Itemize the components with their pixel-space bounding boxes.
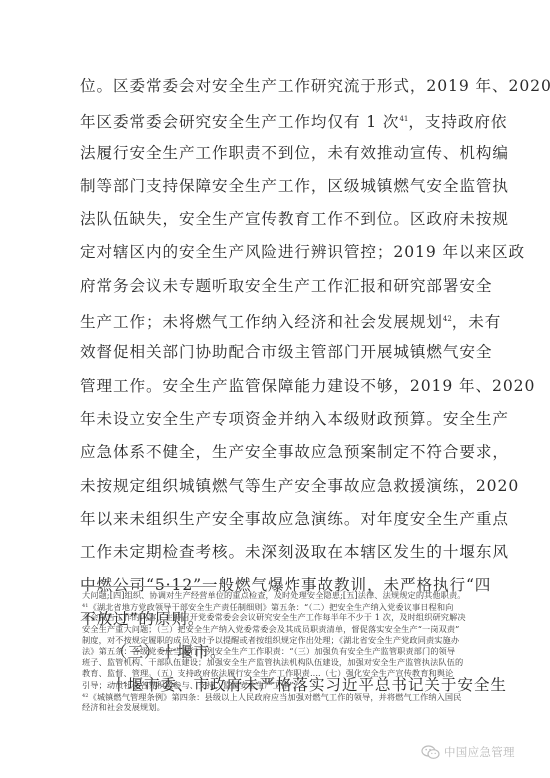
footnote-text: 《城镇燃气管理条例》第四条：县级以上人民政府应当加强对燃气工作的领导，并将燃气工… [89, 692, 462, 702]
body-line-text: 年区委常委会研究安全生产工作均仅有 1 次 [80, 113, 399, 131]
body-line: 法队伍缺失，安全生产宣传教育工作不到位。区政府未按规 [80, 203, 480, 236]
body-line: 管理工作。安全生产监管保障能力建设不够，2019 年、2020 [80, 370, 480, 403]
footnote-42: 42《城镇燃气管理条例》第四条：县级以上人民政府应当加强对燃气工作的领导，并将燃… [82, 691, 482, 702]
body-line: 未按规定组织城镇燃气等生产安全事故应急救援演练，2020 [80, 470, 480, 503]
body-line-text: 生产工作；未将燃气工作纳入经济和社会发展规划 [80, 313, 443, 331]
footnote-41: 41《湖北省地方党政领导干部安全生产责任制细则》第五条：“（二）把安全生产纳入党… [82, 601, 482, 612]
footnote-line: 安全生产重大问题；（三）把安全生产纳入党委常委会及其成员职责清单，督促落实安全生… [82, 624, 482, 635]
footnote-line: 法》第五条：各级党委应当履行下列安全生产工作职责：“（三）加强负有安全生产监管职… [82, 646, 482, 657]
body-line-text: ，未有 [452, 313, 501, 331]
footnote-continuation: 大问题;[四]组织、协调对生产经营单位的重点检查，及时处理安全隐患;[五]法律、… [82, 590, 482, 601]
wechat-icon [421, 745, 441, 760]
body-line: 年以来未组织生产安全事故应急演练。对年度安全生产重点 [80, 503, 480, 536]
body-line: 工作未定期检查考核。未深刻汲取在本辖区发生的十堰东风 [80, 536, 480, 569]
watermark: 中国应急管理 [421, 744, 515, 760]
footnote-line: 教育、监督、管理。（五）支持政府依法履行安全生产工作职责....（七）强化安全生… [82, 668, 482, 679]
body-line: 应急体系不健全，生产安全事故应急预案制定不符合要求， [80, 436, 480, 469]
body-line-text: ，支持政府依 [408, 113, 507, 131]
footnote-line: 引导；动员社会各界积极参与、支持、监督安全生产工作”。 [82, 680, 482, 691]
body-line: 效督促相关部门协助配合市级主管部门开展城镇燃气安全 [80, 336, 480, 369]
footnote-line: 全会报告工作的内容，主持召开党委常委会会议研究安全生产工作每半年不少于 1 次，… [82, 612, 482, 623]
footnote-line: 制度，对不按规定履职的成员及时予以提醒或者按组织规定作出处理；《湖北省安全生产党… [82, 635, 482, 646]
body-line: 定对辖区内的安全生产风险进行辨识管控；2019 年以来区政 [80, 236, 480, 269]
body-line: 年未设立安全生产专项资金并纳入本级财政预算。安全生产 [80, 403, 480, 436]
footnote-line: 班子、监管机构、干部队伍建设；加强安全生产监管执法机构队伍建设，加强对安全生产监… [82, 657, 482, 668]
document-page: 位。区委常委会对安全生产工作研究流于形式，2019 年、2020 年区委常委会研… [0, 0, 550, 778]
body-line: 府常务会议未专题听取安全生产工作汇报和研究部署安全 [80, 270, 480, 303]
body-line: 制等部门支持保障安全生产工作，区级城镇燃气安全监管执 [80, 170, 480, 203]
footnotes: 大问题;[四]组织、协调对生产经营单位的重点检查，及时处理安全隐患;[五]法律、… [82, 590, 482, 713]
body-line: 年区委常委会研究安全生产工作均仅有 1 次41，支持政府依 [80, 103, 480, 136]
footnote-text: 《湖北省地方党政领导干部安全生产责任制细则》第五条：“（二）把安全生产纳入党委议… [89, 602, 454, 612]
body-line: 位。区委常委会对安全生产工作研究流于形式，2019 年、2020 [80, 70, 480, 103]
footnote-line: 经济和社会发展规划。 [82, 702, 482, 713]
body-line: 生产工作；未将燃气工作纳入经济和社会发展规划42，未有 [80, 303, 480, 336]
watermark-text: 中国应急管理 [444, 744, 515, 760]
body-line: 法履行安全生产工作职责不到位，未有效推动宣传、机构编 [80, 137, 480, 170]
footnote-ref-42[interactable]: 42 [443, 315, 452, 323]
footnote-divider [82, 586, 216, 587]
